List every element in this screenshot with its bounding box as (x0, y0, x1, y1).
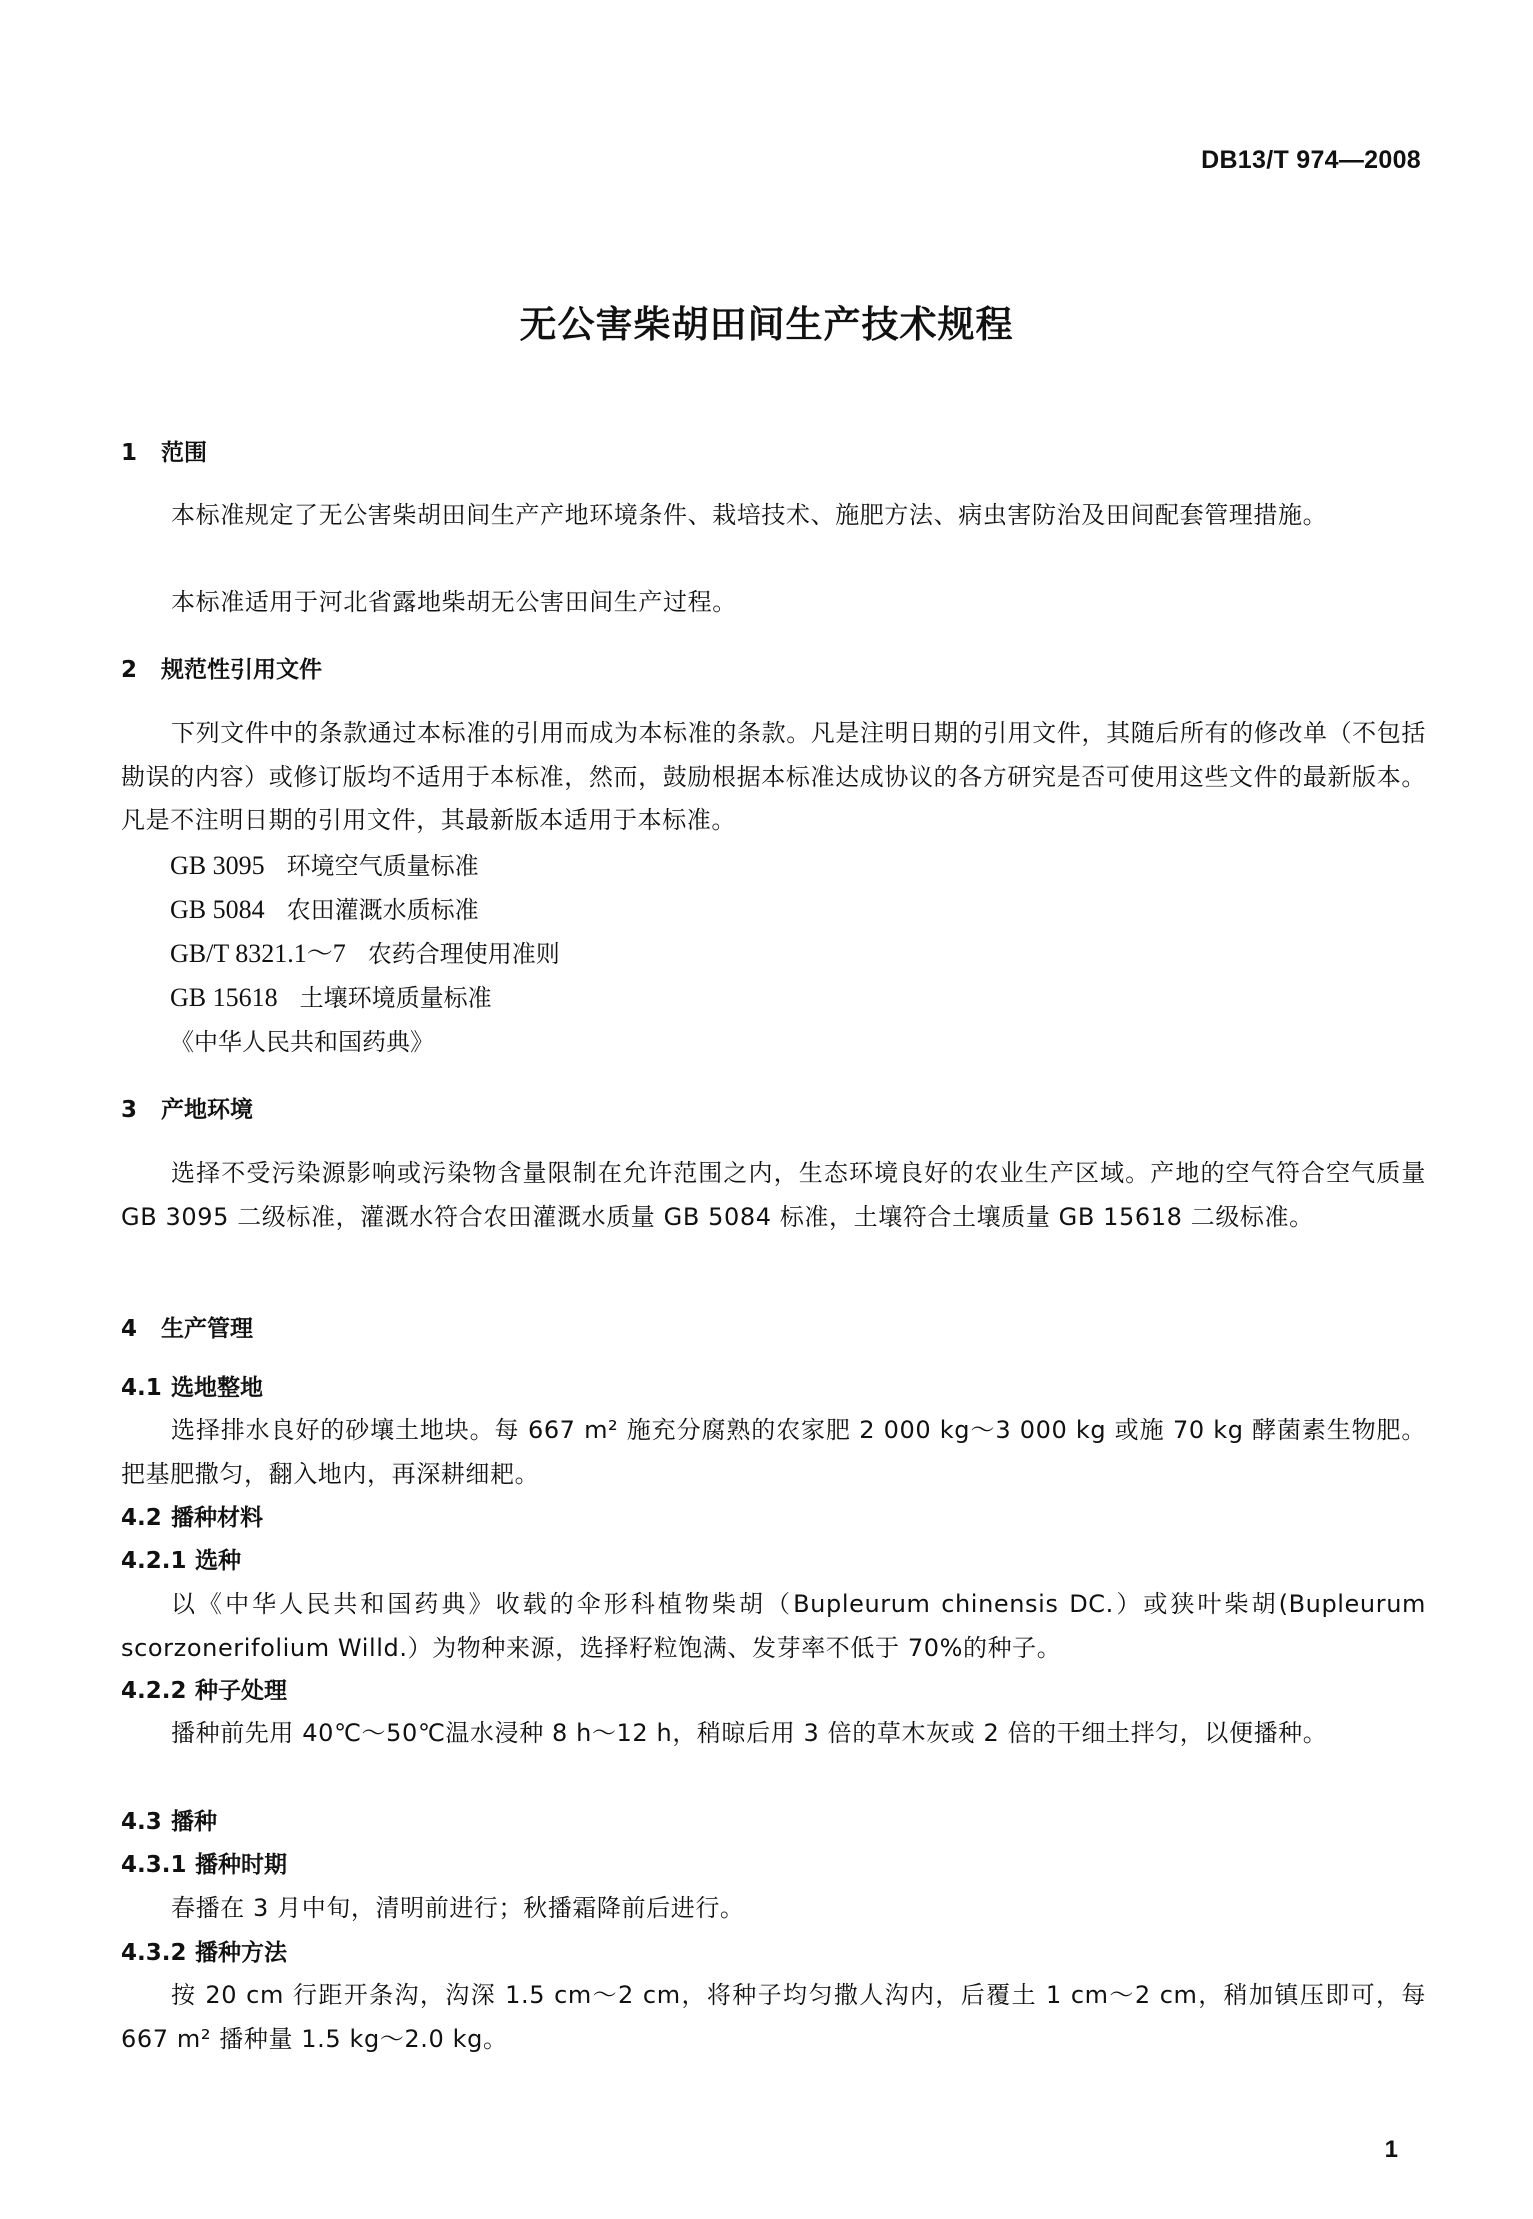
section-number: 4.2 (121, 1502, 171, 1534)
document-page: DB13/T 974—2008 无公害柴胡田间生产技术规程 1范围 本标准规定了… (0, 0, 1533, 2219)
section-title: 播种 (171, 1809, 217, 1835)
section-number: 2 (121, 654, 161, 686)
reference-name: 农药合理使用准则 (368, 940, 560, 968)
section-title: 规范性引用文件 (161, 657, 322, 683)
section-4-3-1-heading: 4.3.1播种时期 (121, 1849, 287, 1881)
reference-name: 《中华人民共和国药典》 (170, 1028, 434, 1056)
section-4-2-1-paragraph-1: 以《中华人民共和国药典》收载的伞形科植物柴胡（Bupleurum chinens… (121, 1583, 1426, 1670)
section-number: 4.1 (121, 1372, 171, 1404)
section-title: 产地环境 (161, 1097, 253, 1123)
reference-code: GB 3095 (170, 850, 265, 882)
section-4-3-2-heading: 4.3.2播种方法 (121, 1937, 287, 1969)
section-2-heading: 2规范性引用文件 (121, 654, 322, 686)
section-4-3-heading: 4.3播种 (121, 1806, 217, 1838)
section-4-3-1-paragraph-1: 春播在 3 月中旬，清明前进行；秋播霜降前后进行。 (121, 1887, 1426, 1931)
section-number: 4.2.1 (121, 1545, 195, 1577)
section-4-heading: 4生产管理 (121, 1313, 253, 1345)
section-number: 3 (121, 1094, 161, 1126)
section-4-1-paragraph-1: 选择排水良好的砂壤土地块。每 667 m² 施充分腐熟的农家肥 2 000 kg… (121, 1409, 1426, 1496)
page-number: 1 (1385, 2136, 1398, 2164)
section-1-paragraph-2: 本标准适用于河北省露地柴胡无公害田间生产过程。 (121, 581, 1426, 625)
section-title: 种子处理 (195, 1678, 287, 1704)
section-title: 播种方法 (195, 1940, 287, 1966)
section-number: 4.2.2 (121, 1675, 195, 1707)
reference-name: 农田灌溉水质标准 (287, 896, 479, 924)
section-title: 生产管理 (161, 1316, 253, 1342)
section-number: 4.3 (121, 1806, 171, 1838)
reference-code: GB/T 8321.1～7 (170, 938, 346, 970)
section-number: 4 (121, 1313, 161, 1345)
section-3-heading: 3产地环境 (121, 1094, 253, 1126)
reference-item: GB/T 8321.1～7农药合理使用准则 (170, 938, 560, 970)
reference-item: GB 15618土壤环境质量标准 (170, 982, 492, 1014)
document-title: 无公害柴胡田间生产技术规程 (0, 294, 1533, 348)
section-4-3-2-paragraph-1: 按 20 cm 行距开条沟，沟深 1.5 cm～2 cm，将种子均匀撒人沟内，后… (121, 1974, 1426, 2061)
reference-item: 《中华人民共和国药典》 (170, 1026, 434, 1058)
section-3-paragraph-1: 选择不受污染源影响或污染物含量限制在允许范围之内，生态环境良好的农业生产区域。产… (121, 1152, 1426, 1239)
reference-name: 环境空气质量标准 (287, 852, 479, 880)
section-4-2-heading: 4.2播种材料 (121, 1502, 263, 1534)
document-code: DB13/T 974—2008 (1201, 146, 1421, 175)
reference-item: GB 3095环境空气质量标准 (170, 850, 479, 882)
section-title: 范围 (161, 440, 207, 466)
reference-code: GB 5084 (170, 894, 265, 926)
section-4-2-2-heading: 4.2.2种子处理 (121, 1675, 287, 1707)
section-number: 1 (121, 437, 161, 469)
section-4-2-2-paragraph-1: 播种前先用 40℃～50℃温水浸种 8 h～12 h，稍晾后用 3 倍的草木灰或… (121, 1712, 1426, 1756)
section-1-heading: 1范围 (121, 437, 207, 469)
section-title: 选地整地 (171, 1375, 263, 1401)
section-number: 4.3.2 (121, 1937, 195, 1969)
reference-code: GB 15618 (170, 982, 278, 1014)
section-title: 播种时期 (195, 1852, 287, 1878)
section-title: 选种 (195, 1548, 241, 1574)
section-number: 4.3.1 (121, 1849, 195, 1881)
reference-item: GB 5084农田灌溉水质标准 (170, 894, 479, 926)
reference-name: 土壤环境质量标准 (300, 984, 492, 1012)
section-1-paragraph-1: 本标准规定了无公害柴胡田间生产产地环境条件、栽培技术、施肥方法、病虫害防治及田间… (121, 494, 1426, 538)
section-4-1-heading: 4.1选地整地 (121, 1372, 263, 1404)
section-4-2-1-heading: 4.2.1选种 (121, 1545, 241, 1577)
section-2-paragraph-1: 下列文件中的条款通过本标准的引用而成为本标准的条款。凡是注明日期的引用文件，其随… (121, 712, 1426, 843)
section-title: 播种材料 (171, 1505, 263, 1531)
